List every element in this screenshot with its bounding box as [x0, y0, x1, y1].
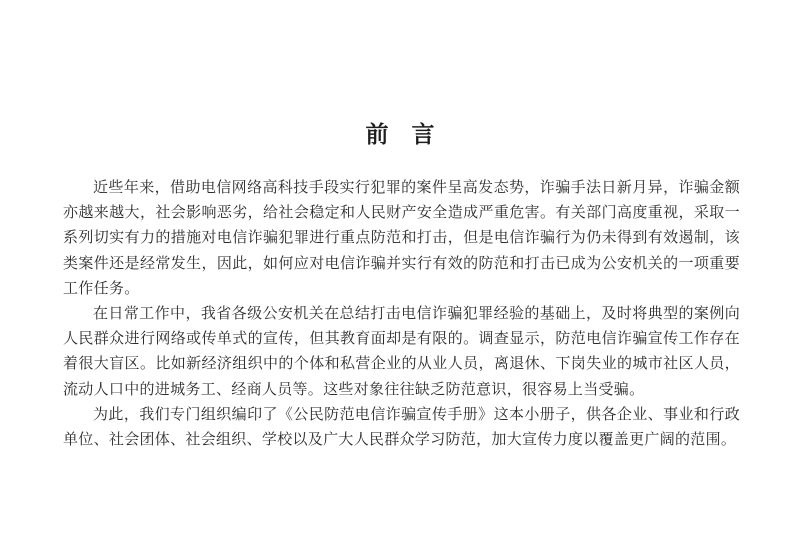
paragraph-2: 在日常工作中，我省各级公安机关在总结打击电信诈骗犯罪经验的基础上，及时将典型的案… — [63, 302, 740, 403]
page-title: 前 言 — [0, 120, 800, 150]
paragraph-3: 为此，我们专门组织编印了《公民防范电信诈骗宣传手册》这本小册子，供各企业、事业和… — [63, 403, 740, 453]
document-body: 近些年来，借助电信网络高科技手段实行犯罪的案件呈高发态势，诈骗手法日新月异，诈骗… — [63, 176, 740, 453]
paragraph-1: 近些年来，借助电信网络高科技手段实行犯罪的案件呈高发态势，诈骗手法日新月异，诈骗… — [63, 176, 740, 302]
document-page: 前 言 近些年来，借助电信网络高科技手段实行犯罪的案件呈高发态势，诈骗手法日新月… — [0, 0, 800, 548]
